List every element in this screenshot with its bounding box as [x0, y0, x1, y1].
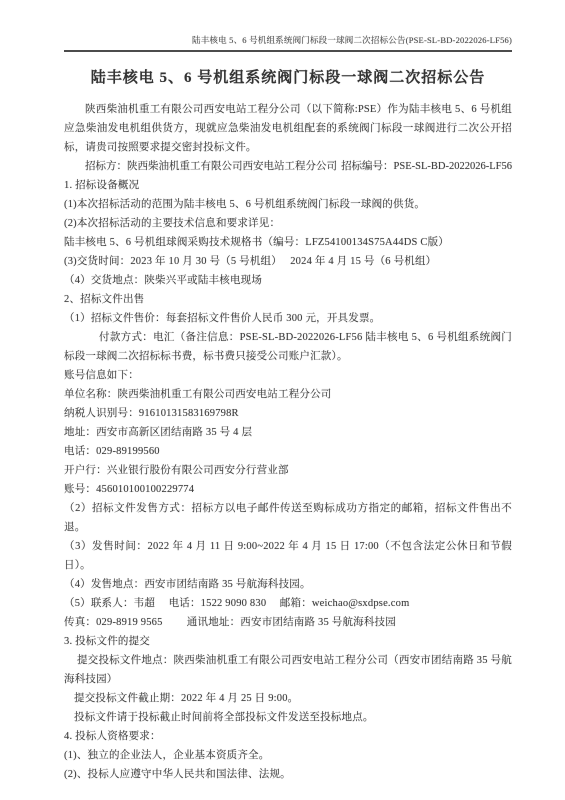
section-1-item-2: (2)本次招标活动的主要技术信息和要求详见： [64, 214, 512, 233]
section-2-heading: 2、招标文件出售 [64, 290, 512, 309]
tender-party: 招标方：陕西柴油机重工有限公司西安电站工程分公司 [85, 157, 337, 176]
account-number: 账号：456010100100229774 [64, 480, 512, 499]
section-3-paragraph-1: 提交投标文件地点：陕西柴油机重工有限公司西安电站工程分公司（西安市团结南路 35… [64, 651, 512, 689]
section-1-item-1: (1)本次招标活动的范围为陆丰核电 5、6 号机组系统阀门标段一球阀的供货。 [64, 195, 512, 214]
section-2-item-4: （4）发售地点：西安市团结南路 35 号航海科技园。 [64, 575, 512, 594]
intro-paragraph: 陕西柴油机重工有限公司西安电站工程分公司（以下简称:PSE）作为陆丰核电 5、6… [64, 100, 512, 157]
section-1-item-3: (3)交货时间：2023 年 10 月 30 号（5 号机组） 2024 年 4… [64, 252, 512, 271]
section-1-spec-line: 陆丰核电 5、6 号机组球阀采购技术规格书（编号：LFZ54100134S75A… [64, 233, 512, 252]
section-3-paragraph-2: 提交投标文件截止期：2022 年 4 月 25 日 9:00。 [64, 689, 512, 708]
account-bank: 开户行：兴业银行股份有限公司西安分行营业部 [64, 461, 512, 480]
running-header: 陆丰核电 5、6 号机组系统阀门标段一球阀二次招标公告(PSE-SL-BD-20… [64, 34, 512, 52]
section-4-item-2: (2)、投标人应遵守中华人民共和国法律、法规。 [64, 765, 512, 784]
account-phone: 电话：029-89199560 [64, 442, 512, 461]
account-info-intro: 账号信息如下： [64, 366, 512, 385]
tender-party-line: 招标方：陕西柴油机重工有限公司西安电站工程分公司 招标编号：PSE-SL-BD-… [64, 157, 512, 176]
tender-number: 招标编号：PSE-SL-BD-2022026-LF56 [341, 157, 512, 176]
fax-line: 传真：029-8919 9565 通讯地址：西安市团结南路 35 号航海科技园 [64, 613, 512, 632]
section-1-heading: 1. 招标设备概况 [64, 176, 512, 195]
section-1-item-4: （4）交货地点：陕柴兴平或陆丰核电现场 [64, 271, 512, 290]
section-3-paragraph-3: 投标文件请于投标截止时间前将全部投标文件发送至投标地点。 [64, 708, 512, 727]
section-2-item-1: （1）招标文件售价：每套招标文件售价人民币 300 元，开具发票。 [64, 309, 512, 328]
account-address: 地址：西安市高新区团结南路 35 号 4 层 [64, 423, 512, 442]
section-2-payment: 付款方式：电汇（备注信息：PSE-SL-BD-2022026-LF56 陆丰核电… [64, 328, 512, 366]
section-2-item-2: （2）招标文件发售方式：招标方以电子邮件传送至购标成功方指定的邮箱，招标文件售出… [64, 499, 512, 537]
section-3-heading: 3. 投标文件的提交 [64, 632, 512, 651]
section-2-item-5: （5）联系人：韦超 电话：1522 9090 830 邮箱：weichao@sx… [64, 594, 512, 613]
section-2-item-3: （3）发售时间：2022 年 4 月 11 日 9:00~2022 年 4 月 … [64, 537, 512, 575]
account-tax-id: 纳税人识别号：91610131583169798R [64, 404, 512, 423]
page-title: 陆丰核电 5、6 号机组系统阀门标段一球阀二次招标公告 [64, 66, 512, 87]
document-page: 陆丰核电 5、6 号机组系统阀门标段一球阀二次招标公告(PSE-SL-BD-20… [0, 0, 565, 800]
section-4-item-1: (1)、独立的企业法人，企业基本资质齐全。 [64, 746, 512, 765]
account-company: 单位名称：陕西柴油机重工有限公司西安电站工程分公司 [64, 385, 512, 404]
document-body: 陕西柴油机重工有限公司西安电站工程分公司（以下简称:PSE）作为陆丰核电 5、6… [64, 100, 512, 784]
section-4-heading: 4. 投标人资格要求： [64, 727, 512, 746]
